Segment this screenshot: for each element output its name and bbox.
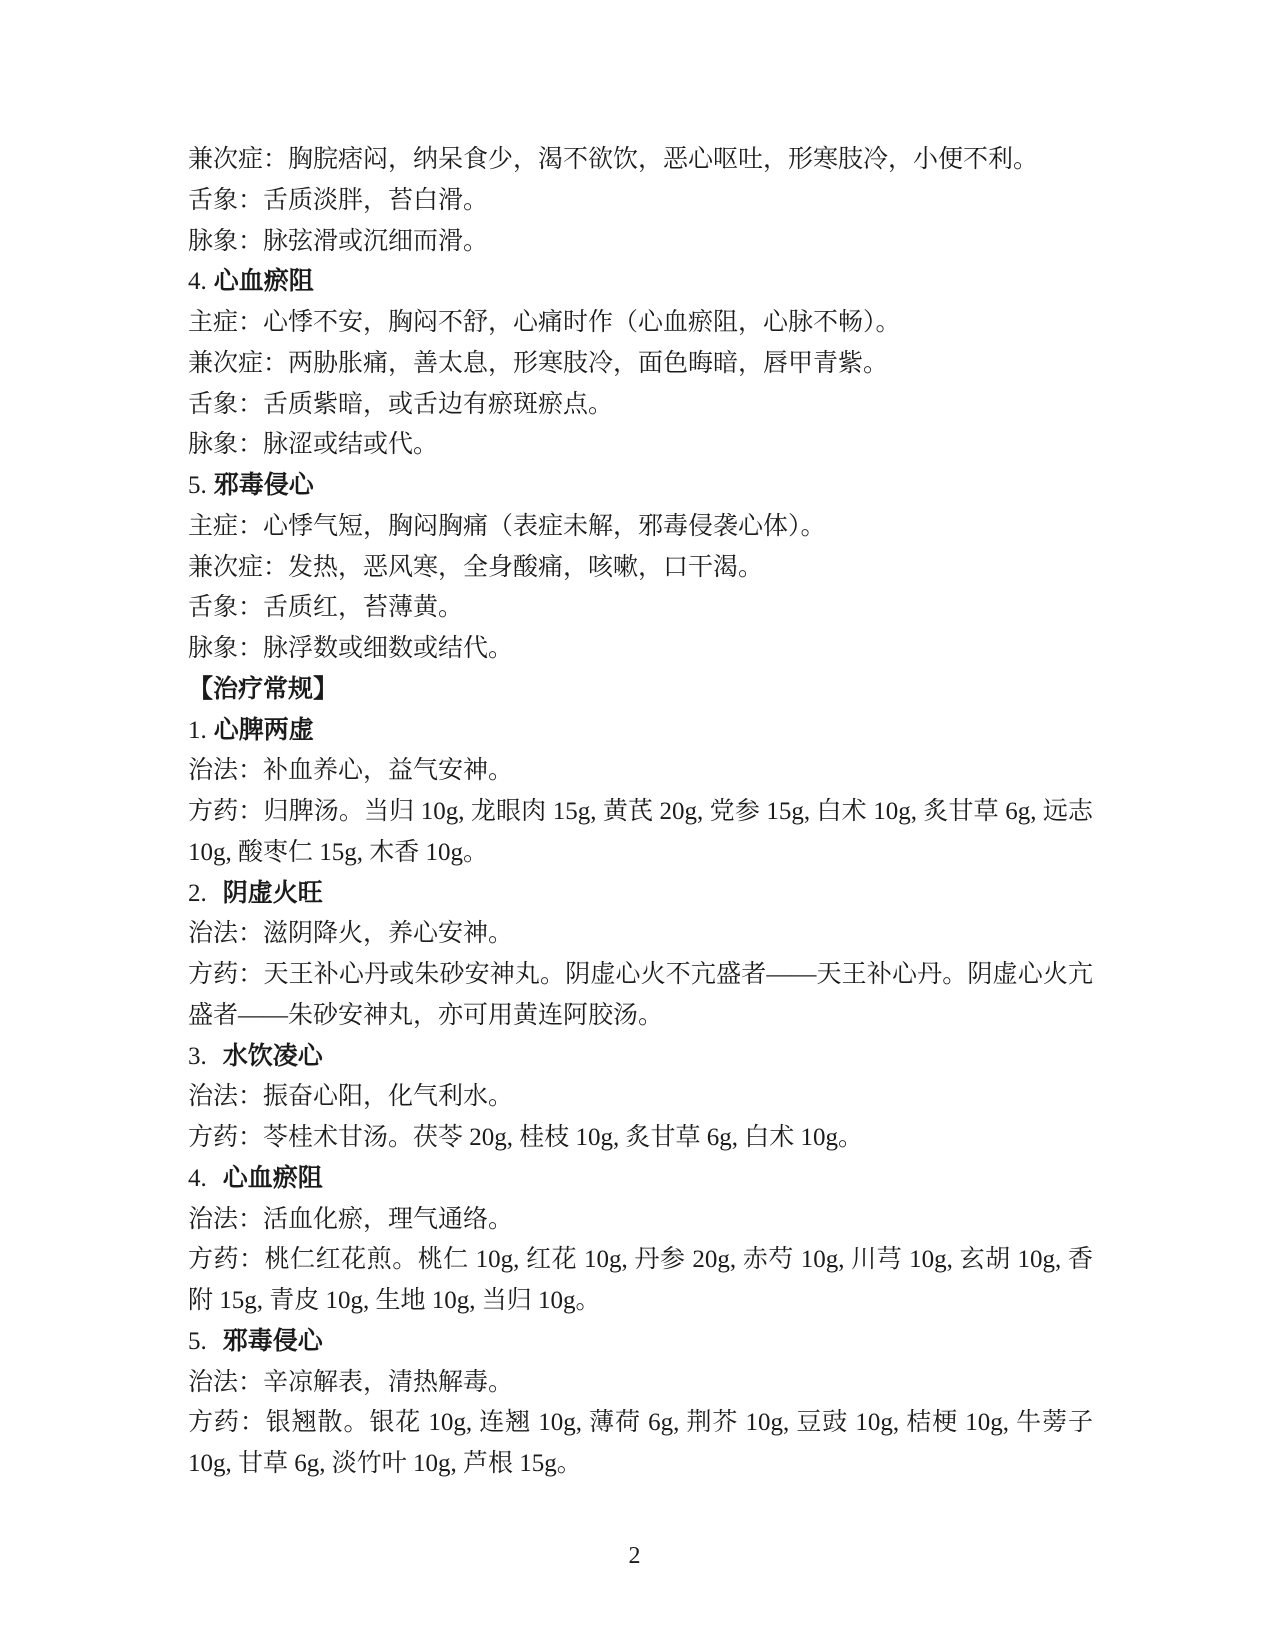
treatment-4-number: 4. xyxy=(188,1165,207,1192)
treatment-method-line: 治法：辛凉解表，清热解毒。 xyxy=(188,1363,1093,1404)
treatment-method-line: 治法：活血化瘀，理气通络。 xyxy=(188,1200,1093,1241)
document-page: 兼次症：胸脘痞闷，纳呆食少，渴不欲饮，恶心呕吐，形寒肢冷，小便不利。 舌象：舌质… xyxy=(0,0,1269,1642)
prescription-continuation-line: 10g, 甘草 6g, 淡竹叶 10g, 芦根 15g。 xyxy=(188,1444,1093,1485)
treatment-4-title: 心血瘀阻 xyxy=(223,1165,323,1192)
syndrome-5-number: 5. xyxy=(188,472,207,499)
main-symptom-line: 主症：心悸不安，胸闷不舒，心痛时作（心血瘀阻，心脉不畅）。 xyxy=(188,303,1093,344)
treatment-method-line: 治法：振奋心阳，化气利水。 xyxy=(188,1077,1093,1118)
syndrome-4-title: 心血瘀阻 xyxy=(214,268,314,295)
prescription-line: 方药：银翘散。银花 10g, 连翘 10g, 薄荷 6g, 荆芥 10g, 豆豉… xyxy=(188,1403,1093,1444)
prescription-line: 方药：苓桂术甘汤。茯苓 20g, 桂枝 10g, 炙甘草 6g, 白术 10g。 xyxy=(188,1118,1093,1159)
syndrome-5-heading: 5.邪毒侵心 xyxy=(188,466,1093,507)
treatment-5-heading: 5.邪毒侵心 xyxy=(188,1322,1093,1363)
syndrome-5-title: 邪毒侵心 xyxy=(214,472,314,499)
pulse-sign-line: 脉象：脉涩或结或代。 xyxy=(188,425,1093,466)
syndrome-4-heading: 4.心血瘀阻 xyxy=(188,262,1093,303)
treatment-3-title: 水饮凌心 xyxy=(223,1043,323,1070)
treatment-method-line: 治法：滋阴降火，养心安神。 xyxy=(188,914,1093,955)
treatment-2-title: 阴虚火旺 xyxy=(223,880,323,907)
syndrome-4-number: 4. xyxy=(188,268,207,295)
treatment-5-number: 5. xyxy=(188,1328,207,1355)
treatment-1-title: 心脾两虚 xyxy=(214,717,314,744)
secondary-symptoms-line: 兼次症：两胁胀痛，善太息，形寒肢冷，面色晦暗，唇甲青紫。 xyxy=(188,344,1093,385)
prescription-line: 方药：归脾汤。当归 10g, 龙眼肉 15g, 黄芪 20g, 党参 15g, … xyxy=(188,792,1093,833)
treatment-method-line: 治法：补血养心，益气安神。 xyxy=(188,751,1093,792)
tongue-sign-line: 舌象：舌质紫暗，或舌边有瘀斑瘀点。 xyxy=(188,385,1093,426)
prescription-continuation-line: 附 15g, 青皮 10g, 生地 10g, 当归 10g。 xyxy=(188,1281,1093,1322)
treatment-4-heading: 4.心血瘀阻 xyxy=(188,1159,1093,1200)
pulse-sign-line: 脉象：脉弦滑或沉细而滑。 xyxy=(188,222,1093,263)
treatment-3-number: 3. xyxy=(188,1043,207,1070)
document-body: 兼次症：胸脘痞闷，纳呆食少，渴不欲饮，恶心呕吐，形寒肢冷，小便不利。 舌象：舌质… xyxy=(188,140,1093,1485)
treatment-2-heading: 2.阴虚火旺 xyxy=(188,874,1093,915)
prescription-line: 方药：天王补心丹或朱砂安神丸。阴虚心火不亢盛者——天王补心丹。阴虚心火亢 xyxy=(188,955,1093,996)
treatment-1-number: 1. xyxy=(188,717,207,744)
tongue-sign-line: 舌象：舌质淡胖，苔白滑。 xyxy=(188,181,1093,222)
secondary-symptoms-line: 兼次症：发热，恶风寒，全身酸痛，咳嗽，口干渴。 xyxy=(188,548,1093,589)
page-number: 2 xyxy=(0,1536,1269,1576)
treatment-section-title: 【治疗常规】 xyxy=(188,670,1093,711)
treatment-3-heading: 3.水饮凌心 xyxy=(188,1037,1093,1078)
prescription-continuation-line: 10g, 酸枣仁 15g, 木香 10g。 xyxy=(188,833,1093,874)
prescription-continuation-line: 盛者——朱砂安神丸，亦可用黄连阿胶汤。 xyxy=(188,996,1093,1037)
prescription-line: 方药：桃仁红花煎。桃仁 10g, 红花 10g, 丹参 20g, 赤芍 10g,… xyxy=(188,1240,1093,1281)
treatment-1-heading: 1.心脾两虚 xyxy=(188,711,1093,752)
main-symptom-line: 主症：心悸气短，胸闷胸痛（表症未解，邪毒侵袭心体）。 xyxy=(188,507,1093,548)
pulse-sign-line: 脉象：脉浮数或细数或结代。 xyxy=(188,629,1093,670)
secondary-symptoms-line: 兼次症：胸脘痞闷，纳呆食少，渴不欲饮，恶心呕吐，形寒肢冷，小便不利。 xyxy=(188,140,1093,181)
treatment-2-number: 2. xyxy=(188,880,207,907)
treatment-5-title: 邪毒侵心 xyxy=(223,1328,323,1355)
tongue-sign-line: 舌象：舌质红，苔薄黄。 xyxy=(188,588,1093,629)
